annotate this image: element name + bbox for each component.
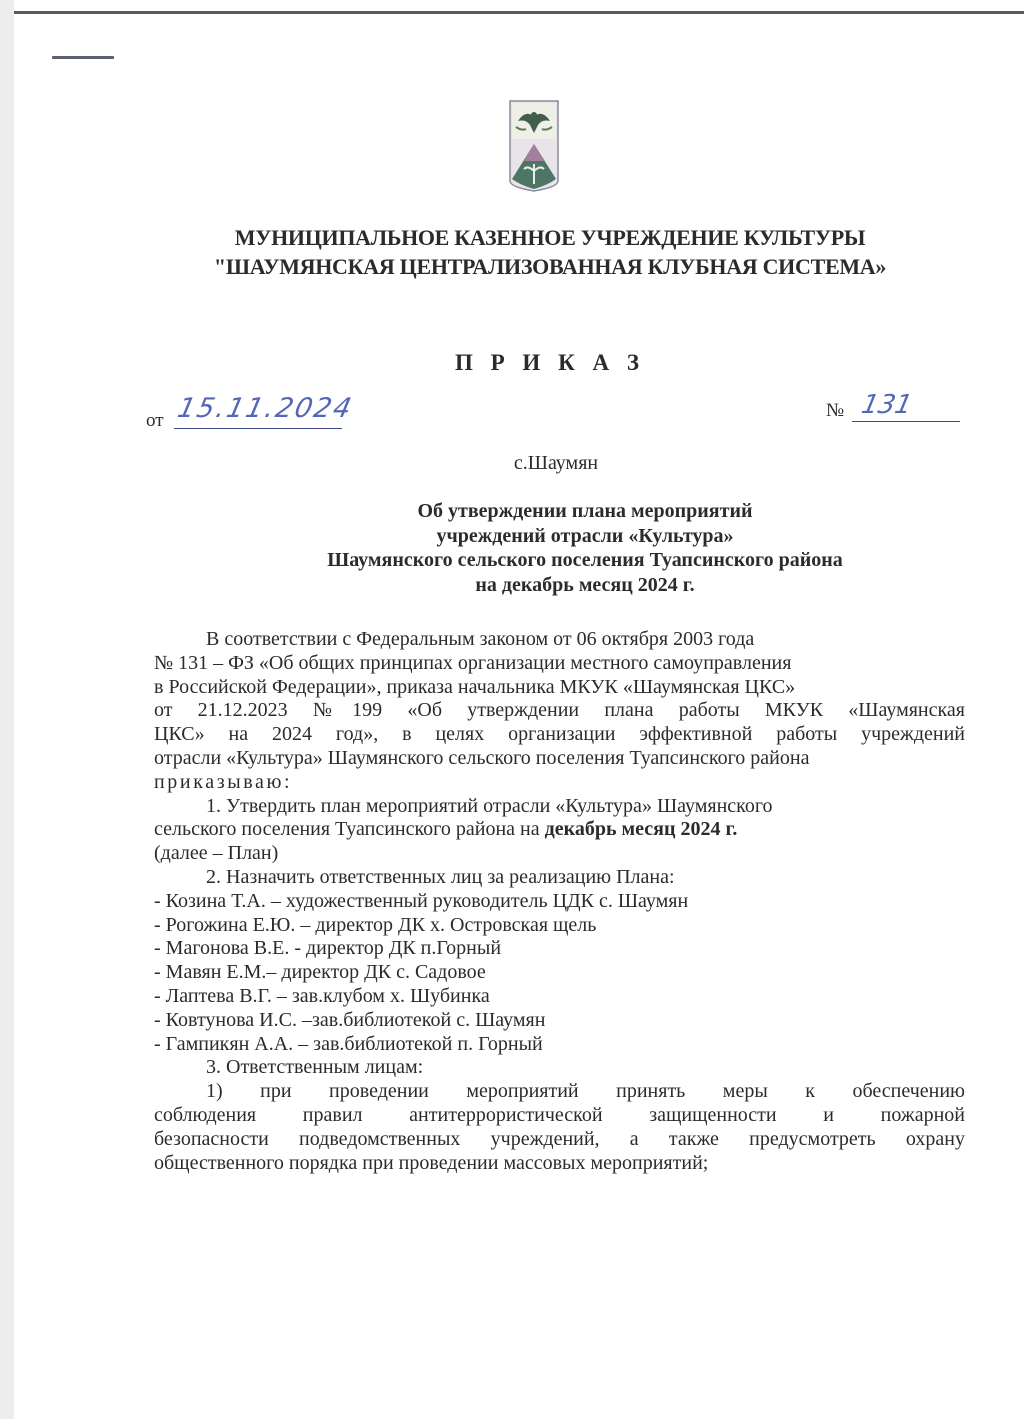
- number-label: №: [826, 400, 844, 422]
- item1-line: сельского поселения Туапсинского района …: [154, 818, 965, 842]
- item1-line: (далее – План): [154, 842, 965, 866]
- scan-top-line: [14, 11, 1024, 14]
- preamble-line: № 131 – ФЗ «Об общих принципах организац…: [154, 652, 965, 676]
- item3-heading: 3. Ответственным лицам:: [154, 1056, 965, 1080]
- item3-subitem-line: безопасности подведомственных учреждений…: [154, 1128, 965, 1152]
- preamble-line: В соответствии с Федеральным законом от …: [154, 628, 965, 652]
- item1-period: декабрь месяц 2024 г.: [545, 818, 738, 840]
- scan-border: [0, 0, 14, 1419]
- preamble-line: отрасли «Культура» Шаумянского сельского…: [154, 747, 965, 771]
- scan-mark: [52, 56, 114, 59]
- item1-line: 1. Утвердить план мероприятий отрасли «К…: [154, 795, 965, 819]
- title-line: учреждений отрасли «Культура»: [265, 524, 905, 549]
- responsible-person: - Ковтунова И.С. –зав.библиотекой с. Шау…: [154, 1009, 965, 1033]
- responsible-person: - Магонова В.Е. - директор ДК п.Горный: [154, 937, 965, 961]
- responsible-person: - Лаптева В.Г. – зав.клубом х. Шубинка: [154, 985, 965, 1009]
- order-word: приказываю:: [154, 771, 965, 795]
- title-line: на декабрь месяц 2024 г.: [265, 573, 905, 598]
- organization-name-line1: МУНИЦИПАЛЬНОЕ КАЗЕННОЕ УЧРЕЖДЕНИЕ КУЛЬТУ…: [0, 225, 1024, 251]
- item3-subitem-line: общественного порядка при проведении мас…: [154, 1152, 965, 1176]
- order-body: В соответствии с Федеральным законом от …: [154, 628, 965, 1175]
- coat-of-arms-icon: [508, 99, 560, 199]
- number-underline: [852, 421, 960, 422]
- organization-name-line2: "ШАУМЯНСКАЯ ЦЕНТРАЛИЗОВАННАЯ КЛУБНАЯ СИС…: [0, 254, 1024, 280]
- preamble-line: в Российской Федерации», приказа начальн…: [154, 676, 965, 700]
- item2-heading: 2. Назначить ответственных лиц за реализ…: [154, 866, 965, 890]
- date-handwritten: 15.11.2024: [175, 393, 356, 424]
- preamble-line: ЦКС» на 2024 год», в целях организации э…: [154, 723, 965, 747]
- preamble-line: от 21.12.2023 №199 «Об утверждении плана…: [154, 699, 965, 723]
- responsible-person: - Козина Т.А. – художественный руководит…: [154, 890, 965, 914]
- number-handwritten: 131: [859, 390, 915, 420]
- responsible-person: - Гампикян А.А. – зав.библиотекой п. Гор…: [154, 1033, 965, 1057]
- order-title: Об утверждении плана мероприятий учрежде…: [265, 499, 905, 597]
- document-type-heading: П Р И К А З: [0, 350, 1024, 376]
- item3-subitem-line: 1) при проведении мероприятий принять ме…: [154, 1080, 965, 1104]
- place-of-issue: с.Шаумян: [0, 452, 1024, 475]
- item1-text: сельского поселения Туапсинского района …: [154, 818, 545, 840]
- title-line: Шаумянского сельского поселения Туапсинс…: [265, 548, 905, 573]
- responsible-person: - Мавян Е.М.– директор ДК с. Садовое: [154, 961, 965, 985]
- responsible-person: - Рогожина Е.Ю. – директор ДК х. Островс…: [154, 914, 965, 938]
- date-underline: [174, 428, 342, 429]
- title-line: Об утверждении плана мероприятий: [265, 499, 905, 524]
- item3-subitem-line: соблюдения правил антитеррористической з…: [154, 1104, 965, 1128]
- date-label: от: [146, 410, 164, 432]
